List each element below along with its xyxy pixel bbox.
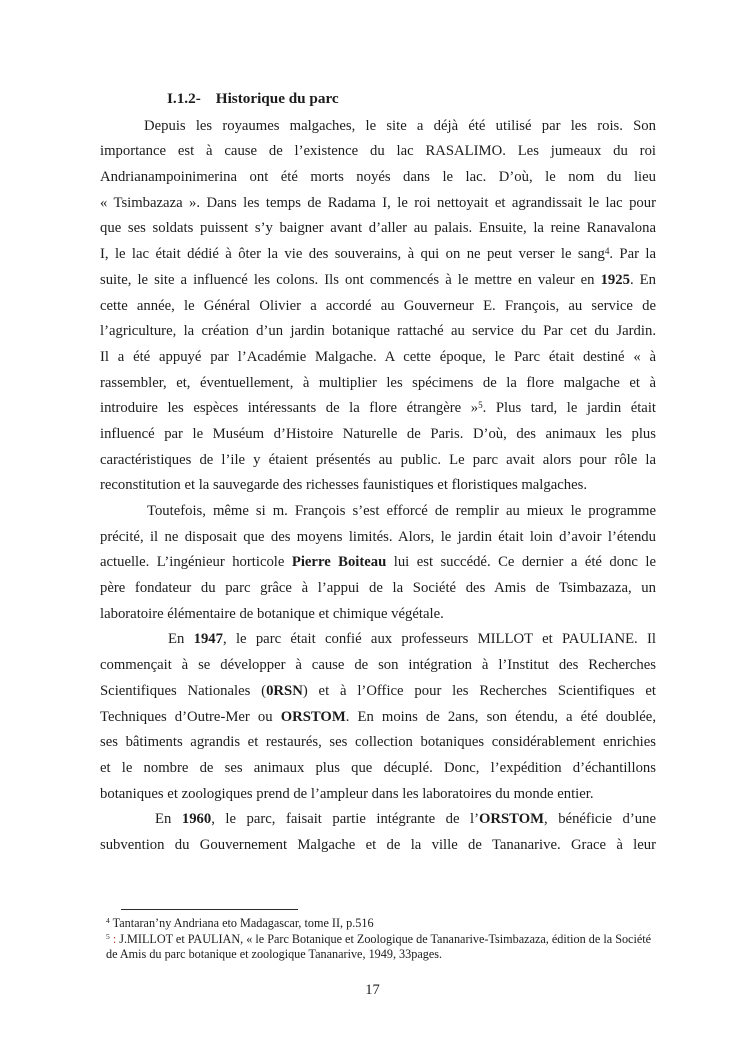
- paragraph-1: Depuis les royaumes malgaches, le site a…: [100, 114, 656, 499]
- text-line: reconstitution et la sauvegarde des rich…: [100, 473, 656, 499]
- text-line: subvention du Gouvernement Malgache et d…: [100, 833, 656, 859]
- text-line: père fondateur du parc grâce à l’appui d…: [100, 576, 656, 602]
- text-line: commençait à se développer à cause de so…: [100, 653, 656, 679]
- paragraph-3: En 1947, le parc était confié aux profes…: [100, 627, 656, 807]
- document-body: I.1.2-Historique du parc Depuis les roya…: [100, 86, 656, 859]
- document-page: I.1.2-Historique du parc Depuis les roya…: [0, 0, 745, 1053]
- text-line: Depuis les royaumes malgaches, le site a…: [100, 114, 656, 140]
- footnote-marker: 4: [106, 916, 110, 925]
- text-line: En 1947, le parc était confié aux profes…: [100, 627, 656, 653]
- footnote-4: 4 Tantaran’ny Andriana eto Madagascar, t…: [106, 916, 658, 932]
- paragraph-2: Toutefois, même si m. François s’est eff…: [100, 499, 656, 627]
- footnote-separator: [121, 909, 298, 910]
- footnote-5: 5 : J.MILLOT et PAULIAN, « le Parc Botan…: [106, 932, 658, 963]
- footnote-reference: 4: [605, 246, 610, 256]
- text-line: et le nombre de ses animaux plus que déc…: [100, 756, 656, 782]
- page-number: 17: [0, 982, 745, 998]
- text-line: laboratoire élémentaire de botanique et …: [100, 602, 656, 628]
- text-line: I, le lac était dédié à ôter la vie des …: [100, 242, 656, 268]
- text-line: Scientifiques Nationales (0RSN) et à l’O…: [100, 679, 656, 705]
- text-line: Techniques d’Outre-Mer ou ORSTOM. En moi…: [100, 705, 656, 731]
- text-line: caractéristiques de l’ile y étaient prés…: [100, 448, 656, 474]
- text-line: rassembler, et, éventuellement, à multip…: [100, 371, 656, 397]
- text-line: « Tsimbazaza ». Dans les temps de Radama…: [100, 191, 656, 217]
- text-line: botaniques et zoologiques prend de l’amp…: [100, 782, 656, 808]
- footnotes-section: 4 Tantaran’ny Andriana eto Madagascar, t…: [106, 916, 658, 963]
- paragraphs-container: Depuis les royaumes malgaches, le site a…: [100, 114, 656, 859]
- text-line: influencé par le Muséum d’Histoire Natur…: [100, 422, 656, 448]
- text-line: Il a été appuyé par l’Académie Malgache.…: [100, 345, 656, 371]
- section-heading: I.1.2-Historique du parc: [167, 86, 656, 112]
- section-title: Historique du parc: [216, 90, 339, 107]
- text-line: actuelle. L’ingénieur horticole Pierre B…: [100, 550, 656, 576]
- footnote-reference: 5: [478, 400, 483, 410]
- section-number: I.1.2-: [167, 90, 201, 107]
- text-line: suite, le site a influencé les colons. I…: [100, 268, 656, 294]
- text-line: En 1960, le parc, faisait partie intégra…: [100, 807, 656, 833]
- text-line: précité, il ne disposait que des moyens …: [100, 525, 656, 551]
- text-line: l’agriculture, la création d’un jardin b…: [100, 319, 656, 345]
- text-line: ses bâtiments agrandis et restaurés, ses…: [100, 730, 656, 756]
- text-line: Andrianampoinimerina ont été morts noyés…: [100, 165, 656, 191]
- text-line: importance est à cause de l’existence du…: [100, 139, 656, 165]
- text-line: Toutefois, même si m. François s’est eff…: [100, 499, 656, 525]
- footnote-marker: 5: [106, 932, 110, 941]
- text-line: cette année, le Général Olivier a accord…: [100, 294, 656, 320]
- text-line: introduire les espèces intéressants de l…: [100, 396, 656, 422]
- paragraph-4: En 1960, le parc, faisait partie intégra…: [100, 807, 656, 858]
- text-line: que ses soldats puissent s’y baigner ava…: [100, 216, 656, 242]
